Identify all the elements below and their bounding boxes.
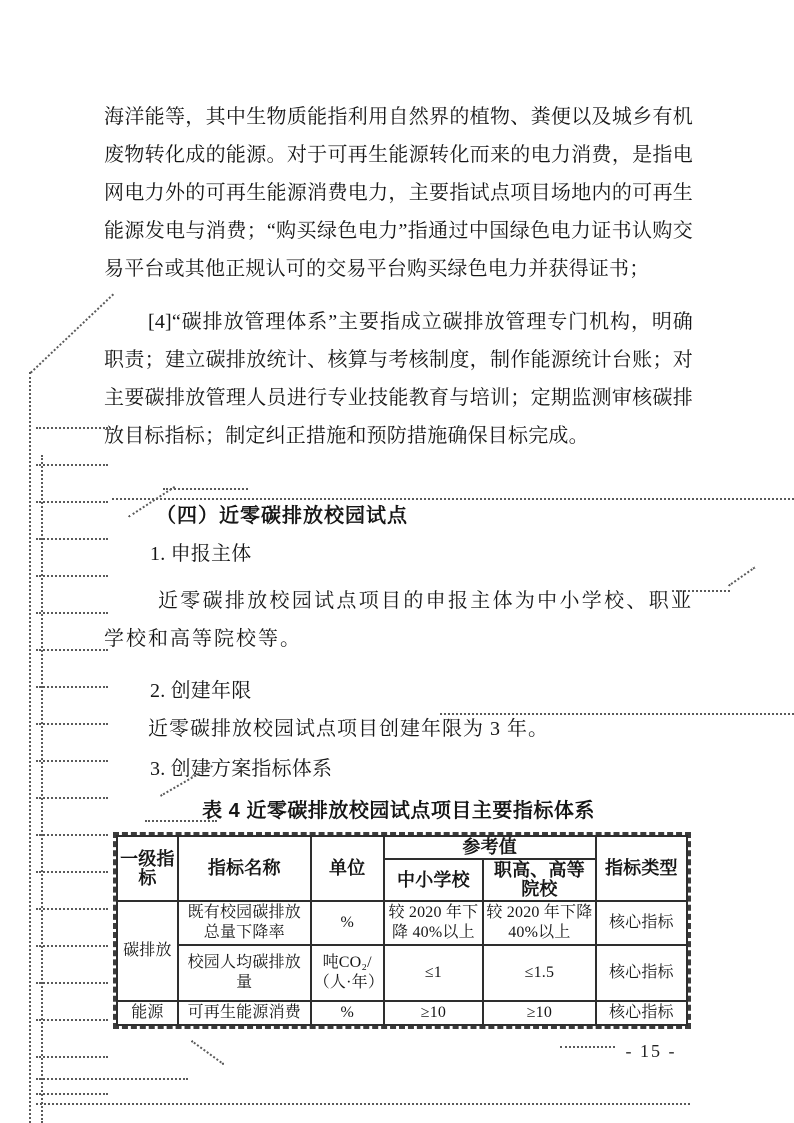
table-caption: 表 4 近零碳排放校园试点项目主要指标体系: [104, 794, 693, 828]
cell-value-higher: ≥10: [483, 1001, 596, 1025]
item-heading-3: 3. 创建方案指标体系: [104, 750, 693, 788]
header-indicator-type: 指标类型: [596, 836, 687, 901]
scan-dotted-line: [36, 797, 108, 799]
paragraph-apply-subject: 近零碳排放校园试点项目的申报主体为中小学校、职业学校和高等院校等。: [104, 582, 693, 658]
paragraph-creation-years: 近零碳排放校园试点项目创建年限为 3 年。: [104, 710, 693, 748]
cell-unit: %: [311, 901, 384, 945]
scan-dotted-line: [36, 501, 108, 503]
scan-dotted-line: [36, 1056, 108, 1058]
table-row: 能源 可再生能源消费 % ≥10 ≥10 核心指标: [117, 1001, 687, 1025]
table-row: 校园人均碳排放量 吨CO₂/（人·年） ≤1 ≤1.5 核心指标: [117, 945, 687, 1001]
indicator-table: 一级指标 指标名称 单位 参考值 指标类型 中小学校 职高、高等院校 碳排放 既…: [116, 835, 688, 1026]
scan-dotted-line: [36, 538, 108, 540]
cell-unit: 吨CO₂/（人·年）: [311, 945, 384, 1001]
scan-dotted-line: [163, 488, 248, 490]
header-unit: 单位: [311, 836, 384, 901]
cell-indicator-name: 校园人均碳排放量: [178, 945, 311, 1001]
cell-value-higher: 较 2020 年下降 40%以上: [483, 901, 596, 945]
header-primary-secondary-school: 中小学校: [384, 859, 483, 901]
scan-dotted-line: [191, 1040, 225, 1065]
scan-dotted-line: [145, 820, 217, 822]
scan-dotted-line: [29, 372, 31, 1123]
scan-dotted-line: [36, 649, 108, 651]
scan-dotted-line: [36, 945, 108, 947]
scan-dotted-line: [112, 498, 794, 500]
scan-dotted-line: [728, 567, 755, 587]
scan-dotted-line: [560, 1046, 615, 1048]
cell-value-primary: ≤1: [384, 945, 483, 1001]
scan-dotted-line: [36, 612, 108, 614]
paragraph-renewable-energy: 海洋能等，其中生物质能指利用自然界的植物、粪便以及城乡有机废物转化成的能源。对于…: [104, 98, 693, 288]
item-heading-1: 1. 申报主体: [104, 535, 693, 573]
table-header-row-1: 一级指标 指标名称 单位 参考值 指标类型: [117, 836, 687, 859]
scan-dotted-line: [36, 908, 108, 910]
paragraph-footnote-4: [4]“碳排放管理体系”主要指成立碳排放管理专门机构，明确职责；建立碳排放统计、…: [104, 303, 693, 455]
section-heading-4: （四）近零碳排放校园试点: [104, 497, 693, 535]
cell-indicator-type: 核心指标: [596, 901, 687, 945]
cell-group-energy: 能源: [117, 1001, 178, 1025]
item-heading-2: 2. 创建年限: [104, 672, 693, 710]
cell-value-primary: 较 2020 年下降 40%以上: [384, 901, 483, 945]
scanned-document-page: 海洋能等，其中生物质能指利用自然界的植物、粪便以及城乡有机废物转化成的能源。对于…: [0, 0, 794, 1123]
scan-dotted-line: [30, 294, 114, 374]
scan-dotted-line: [672, 590, 730, 592]
cell-indicator-name: 可再生能源消费: [178, 1001, 311, 1025]
cell-unit: %: [311, 1001, 384, 1025]
scan-dotted-line: [36, 1103, 690, 1105]
cell-indicator-name: 既有校园碳排放总量下降率: [178, 901, 311, 945]
header-reference-value: 参考值: [384, 836, 596, 859]
cell-value-higher: ≤1.5: [483, 945, 596, 1001]
header-vocational-higher-school: 职高、高等院校: [483, 859, 596, 901]
table-row: 碳排放 既有校园碳排放总量下降率 % 较 2020 年下降 40%以上 较 20…: [117, 901, 687, 945]
page-number: - 15 -: [606, 1041, 696, 1062]
scan-dotted-line: [41, 455, 43, 1123]
scan-dotted-line: [36, 464, 108, 466]
scan-dotted-line: [36, 723, 108, 725]
cell-group-carbon: 碳排放: [117, 901, 178, 1001]
scan-dotted-line: [36, 871, 108, 873]
header-level1-indicator: 一级指标: [117, 836, 178, 901]
scan-dotted-line: [36, 575, 108, 577]
document-body: 海洋能等，其中生物质能指利用自然界的植物、粪便以及城乡有机废物转化成的能源。对于…: [104, 98, 693, 1029]
scan-dotted-line: [36, 1078, 188, 1080]
scan-dotted-line: [36, 834, 108, 836]
scan-dotted-line: [36, 1093, 108, 1095]
scan-dotted-line: [36, 1019, 108, 1021]
cell-indicator-type: 核心指标: [596, 945, 687, 1001]
scan-dotted-line: [36, 686, 108, 688]
scan-dotted-line: [36, 760, 108, 762]
cell-indicator-type: 核心指标: [596, 1001, 687, 1025]
scan-dotted-line: [36, 427, 108, 429]
indicator-table-wrapper: 一级指标 指标名称 单位 参考值 指标类型 中小学校 职高、高等院校 碳排放 既…: [113, 832, 691, 1029]
scan-dotted-line: [440, 713, 794, 715]
cell-value-primary: ≥10: [384, 1001, 483, 1025]
scan-dotted-line: [36, 982, 108, 984]
header-indicator-name: 指标名称: [178, 836, 311, 901]
